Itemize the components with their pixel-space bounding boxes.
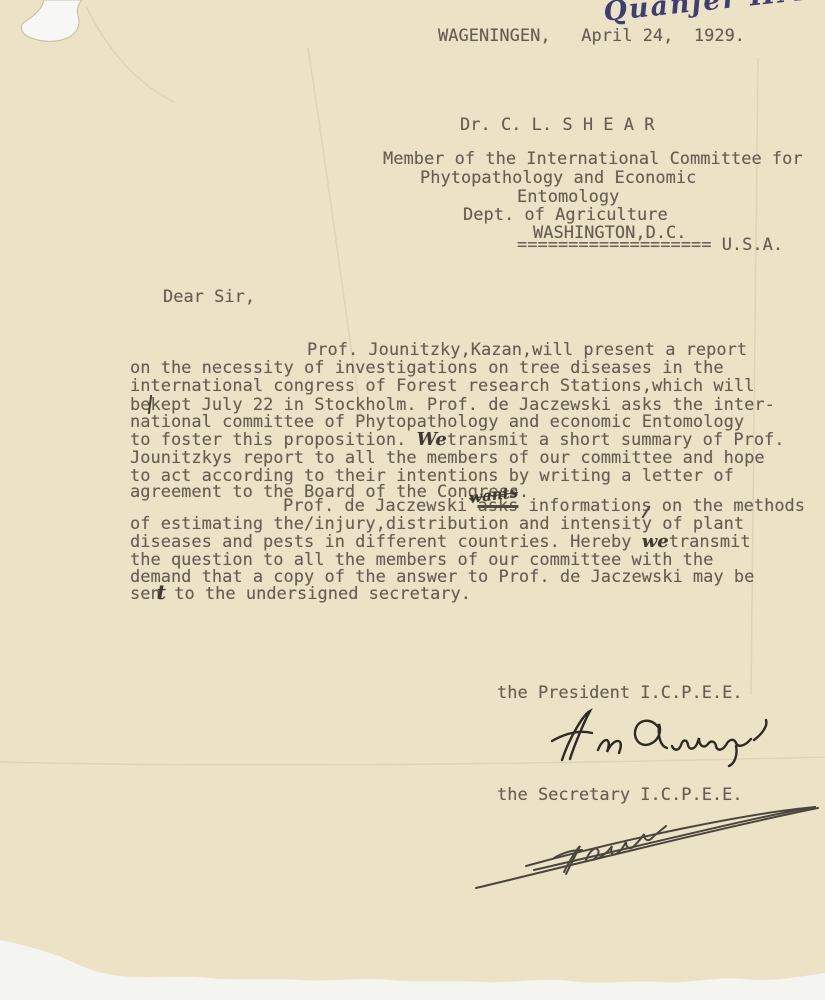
- p1-line1: Prof. Jounitzky,Kazan,will present a rep…: [307, 341, 747, 359]
- p2-line6: sent to the undersigned secretary.: [130, 585, 471, 603]
- p1-line6: to foster this proposition. Wetransmit a…: [130, 431, 785, 449]
- recipient-line3: Entomology: [517, 188, 619, 206]
- p2-line1-after: on the methods: [652, 496, 806, 516]
- letter-scan: Quanjer HM WAGENINGEN, April 24, 1929. D…: [0, 0, 825, 1000]
- recipient-name: Dr. C. L. S H E A R: [460, 116, 654, 134]
- recipient-underline-country: =================== U.S.A.: [517, 236, 783, 254]
- p1-line6-before: to foster this proposition.: [130, 430, 417, 450]
- handwritten-we-correction: We: [417, 429, 447, 450]
- president-signature: [540, 706, 780, 768]
- president-title: the President I.C.P.E.E.: [497, 684, 743, 702]
- recipient-line2: Phytopathology and Economic: [420, 169, 696, 187]
- secretary-signature: [468, 798, 825, 893]
- p2-line3-after: transmit: [669, 532, 751, 552]
- slashed-letter: s: [641, 497, 651, 515]
- p2-line3: diseases and pests in different countrie…: [130, 533, 751, 551]
- p1-line6-after: transmit a short summary of Prof.: [447, 430, 785, 450]
- p2-line3-before: diseases and pests in different countrie…: [130, 532, 642, 552]
- p2-line1-before: Prof. de Jaczewski: [283, 496, 477, 516]
- p1-line3: international congress of Forest researc…: [130, 377, 754, 395]
- handwritten-we-correction-2: we: [642, 531, 669, 552]
- dateline: WAGENINGEN, April 24, 1929.: [438, 27, 745, 45]
- salutation: Dear Sir,: [163, 288, 255, 306]
- p2-line1: Prof. de Jaczewski askswants information…: [283, 497, 805, 515]
- recipient-line1: Member of the International Committee fo…: [383, 150, 803, 168]
- p1-line2: on the necessity of investigations on tr…: [130, 359, 724, 377]
- recipient-line4: Dept. of Agriculture: [463, 206, 668, 224]
- p2-line1-mid: information: [518, 496, 641, 516]
- p1-line7: Jounitzkys report to all the members of …: [130, 449, 765, 467]
- p2-line6-after: to the undersigned secretary.: [164, 584, 471, 604]
